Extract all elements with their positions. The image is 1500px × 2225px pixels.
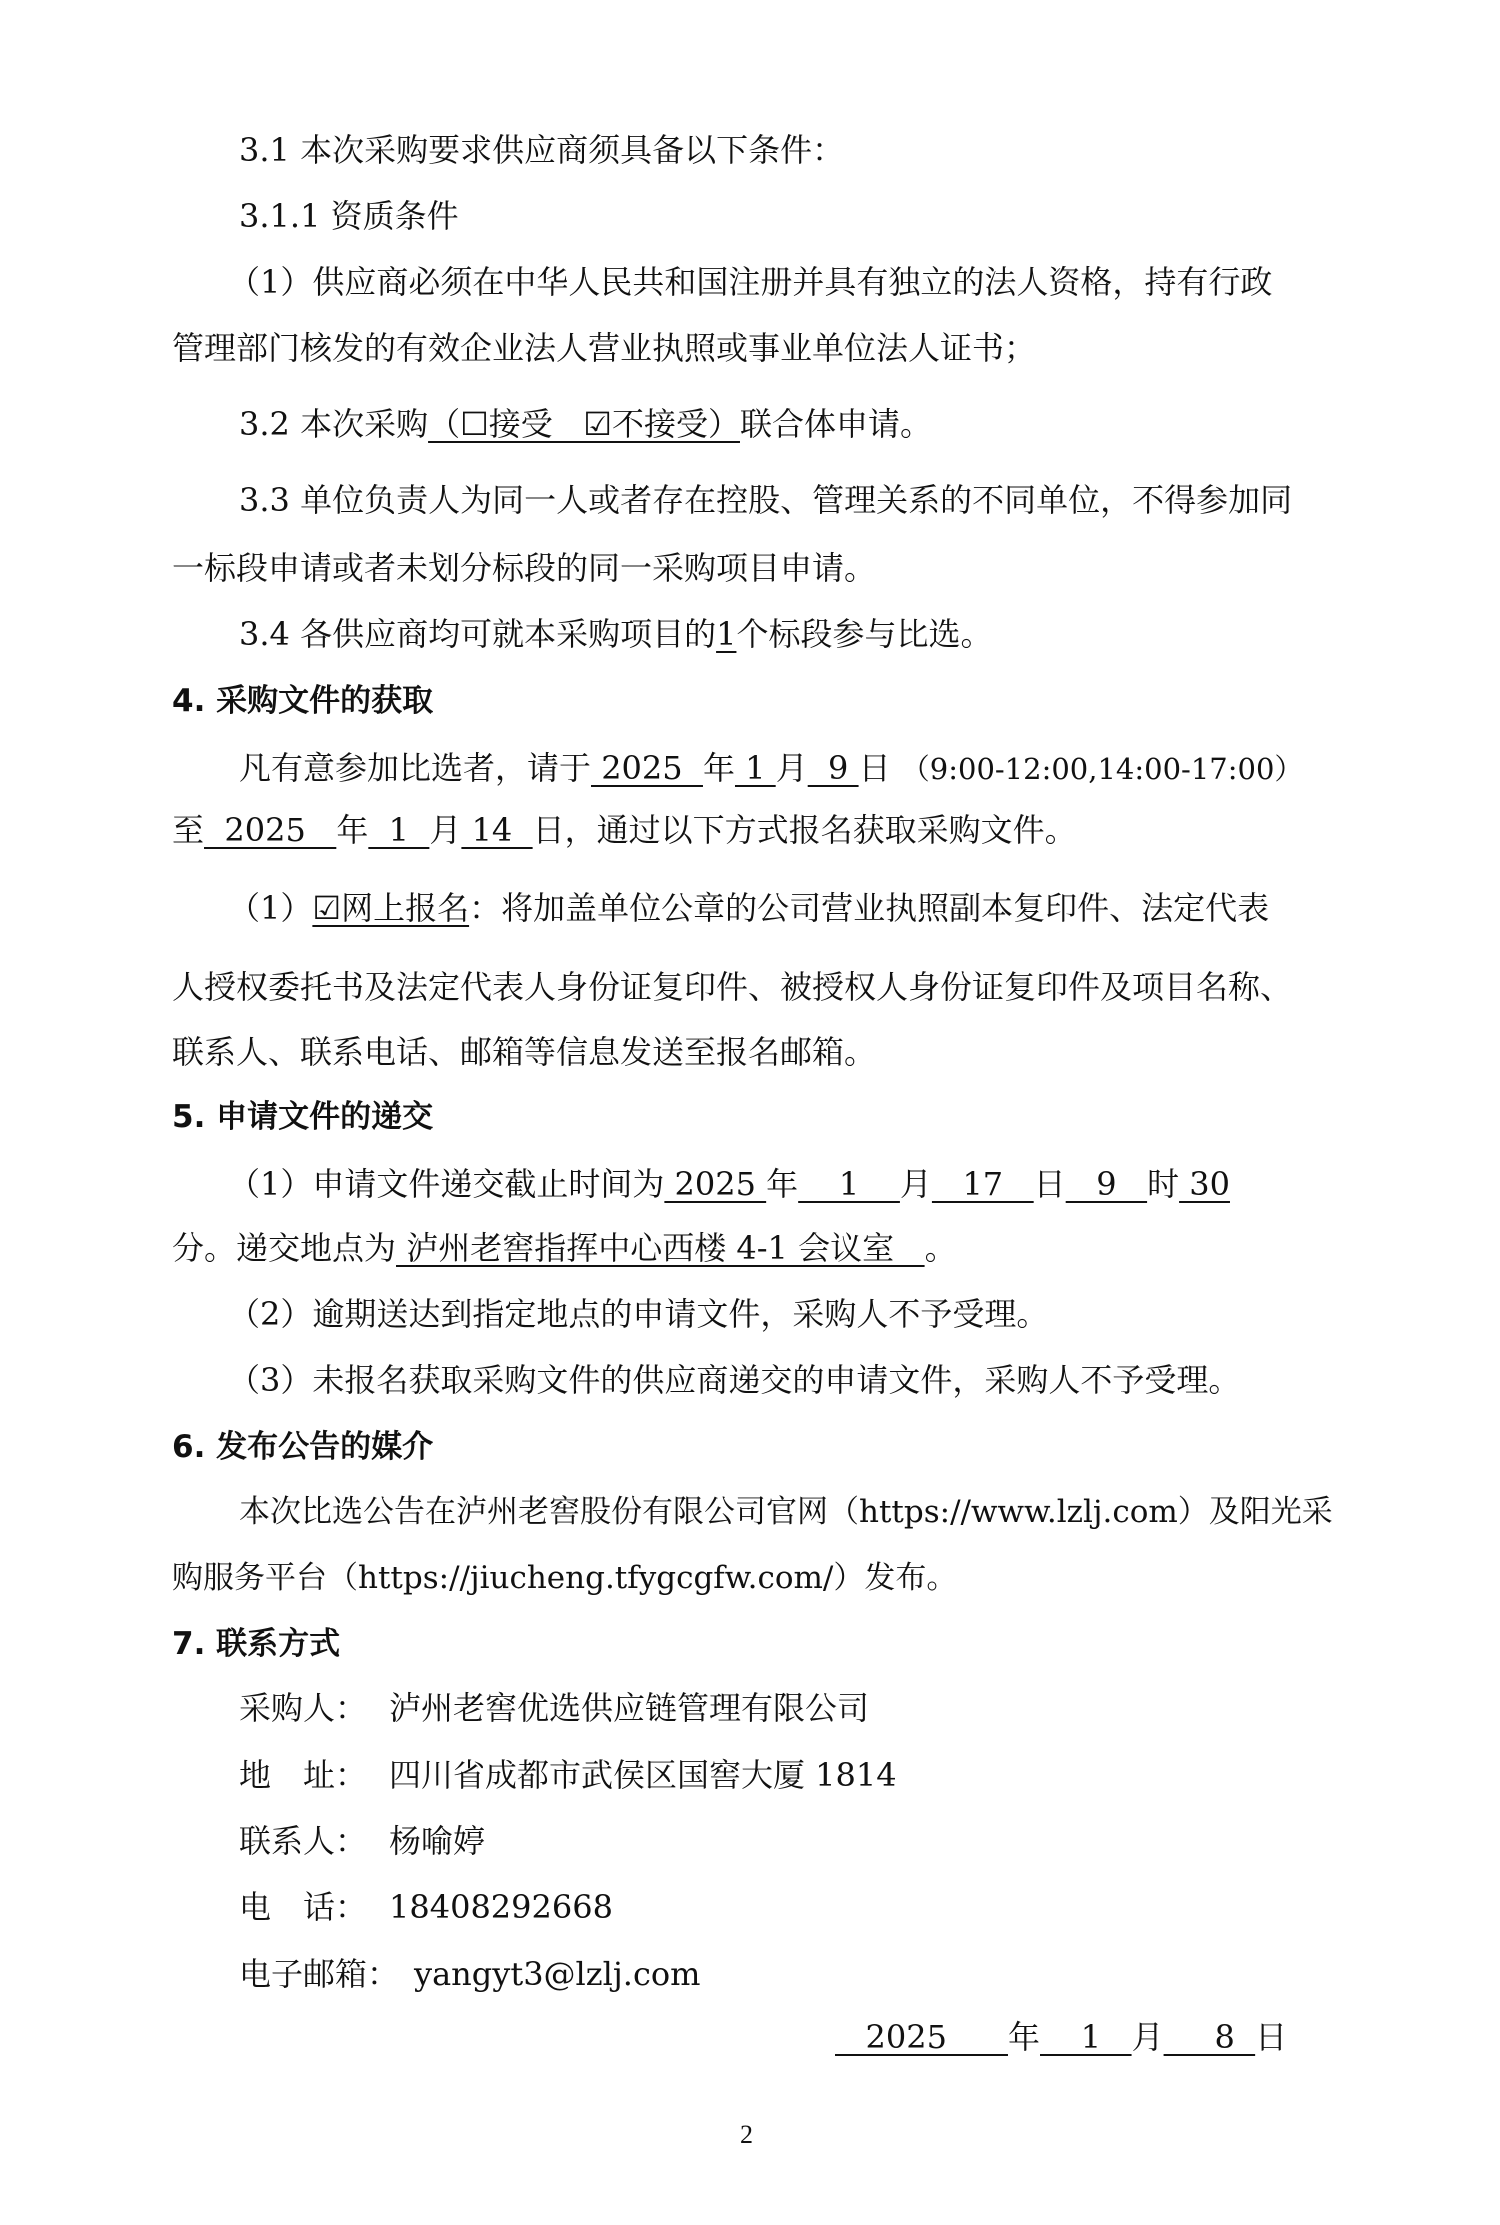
- deadline-month: 1: [798, 1165, 900, 1203]
- item-number: （1）: [228, 889, 312, 927]
- lot-count: 1: [716, 615, 736, 653]
- clause-3-2-suffix: 联合体申请。: [740, 405, 932, 443]
- clause-3-3-line1: 3.3 单位负责人为同一人或者存在控股、管理关系的不同单位，不得参加同: [239, 480, 1292, 520]
- signature-year: 2025: [835, 2018, 1008, 2056]
- contact-label: 电子邮箱：: [239, 1954, 414, 1994]
- acquisition-period-line1: 凡有意参加比选者，请于 2025 年 1 月 9 日 （9:00-12:00,1…: [239, 748, 1303, 789]
- day-unit: 日: [859, 749, 891, 787]
- deadline-day: 17: [932, 1165, 1034, 1203]
- period: 。: [925, 1229, 957, 1267]
- year-unit: 年: [1008, 2018, 1040, 2056]
- online-registration-checked: ☑网上报名: [312, 889, 469, 927]
- contact-value: 四川省成都市武侯区国窖大厦 1814: [389, 1756, 897, 1794]
- section-7-heading: 7. 联系方式: [172, 1624, 340, 1664]
- contact-email: 电子邮箱：yangyt3@lzlj.com: [239, 1954, 701, 1994]
- year-unit: 年: [336, 811, 368, 849]
- deadline-hour: 9: [1066, 1165, 1147, 1203]
- signature-month: 1: [1040, 2018, 1132, 2056]
- to-label: 至: [172, 811, 204, 849]
- contact-value: yangyt3@lzlj.com: [414, 1955, 701, 1993]
- start-day: 9: [808, 749, 859, 787]
- section-5-heading: 5. 申请文件的递交: [172, 1097, 433, 1137]
- year-unit: 年: [766, 1165, 798, 1203]
- contact-person: 联系人：杨喻婷: [239, 1821, 485, 1861]
- consortium-choice: （☐接受 ☑不接受）: [428, 405, 740, 443]
- contact-label: 地 址：: [239, 1755, 389, 1795]
- section-6-heading: 6. 发布公告的媒介: [172, 1427, 433, 1467]
- unregistered-submission-rule: （3）未报名获取采购文件的供应商递交的申请文件，采购人不予受理。: [228, 1360, 1240, 1400]
- contact-address: 地 址：四川省成都市武侯区国窖大厦 1814: [239, 1755, 897, 1795]
- media-line2: 购服务平台（https://jiucheng.tfygcgfw.com/）发布。: [172, 1558, 957, 1598]
- acquisition-prefix: 凡有意参加比选者，请于: [239, 749, 591, 787]
- clause-3-3-line2: 一标段申请或者未划分标段的同一采购项目申请。: [172, 548, 876, 588]
- clause-3-4: 3.4 各供应商均可就本采购项目的1个标段参与比选。: [239, 614, 992, 654]
- contact-label: 电 话：: [239, 1887, 389, 1927]
- end-day: 14: [461, 811, 532, 849]
- clause-3-2: 3.2 本次采购（☐接受 ☑不接受）联合体申请。: [239, 404, 932, 444]
- month-unit: 月: [429, 811, 461, 849]
- online-registration-text: ：将加盖单位公章的公司营业执照副本复印件、法定代表: [469, 889, 1269, 927]
- clause-3-2-prefix: 3.2 本次采购: [239, 405, 428, 443]
- end-month: 1: [368, 811, 429, 849]
- contact-value: 18408292668: [389, 1888, 613, 1926]
- day-unit: 日: [1034, 1165, 1066, 1203]
- contact-label: 采购人：: [239, 1688, 389, 1728]
- deadline-prefix: （1）申请文件递交截止时间为: [228, 1165, 664, 1203]
- contact-value: 杨喻婷: [389, 1822, 485, 1860]
- submission-deadline-line2: 分。递交地点为 泸州老窖指挥中心西楼 4-1 会议室 。: [172, 1228, 957, 1268]
- clause-3-1: 3.1 本次采购要求供应商须具备以下条件：: [239, 130, 844, 170]
- clause-3-4-suffix: 个标段参与比选。: [736, 615, 992, 653]
- clause-3-1-1-title: 3.1.1 资质条件: [239, 196, 459, 236]
- section-4-heading: 4. 采购文件的获取: [172, 681, 433, 721]
- year-unit: 年: [703, 749, 735, 787]
- signature-day: 8: [1164, 2018, 1256, 2056]
- submission-deadline-line1: （1）申请文件递交截止时间为 2025 年 1 月 17 日 9 时 30: [228, 1164, 1230, 1204]
- contact-value: 泸州老窖优选供应链管理有限公司: [389, 1689, 869, 1727]
- deadline-year: 2025: [664, 1165, 766, 1203]
- start-year: 2025: [591, 749, 703, 787]
- contact-purchaser: 采购人：泸州老窖优选供应链管理有限公司: [239, 1688, 869, 1728]
- contact-label: 联系人：: [239, 1821, 389, 1861]
- media-line1: 本次比选公告在泸州老窖股份有限公司官网（https://www.lzlj.com…: [239, 1492, 1333, 1532]
- hour-unit: 时: [1147, 1165, 1179, 1203]
- start-month: 1: [735, 749, 776, 787]
- month-unit: 月: [900, 1165, 932, 1203]
- location-prefix: 分。递交地点为: [172, 1229, 396, 1267]
- end-year: 2025: [204, 811, 336, 849]
- online-registration-line3: 联系人、联系电话、邮箱等信息发送至报名邮箱。: [172, 1032, 876, 1072]
- contact-phone: 电 话：18408292668: [239, 1887, 613, 1927]
- day-unit: 日: [1255, 2018, 1287, 2056]
- month-unit: 月: [1132, 2018, 1164, 2056]
- end-day-unit: 日，通过以下方式报名获取采购文件。: [533, 811, 1077, 849]
- online-registration-line1: （1）☑网上报名：将加盖单位公章的公司营业执照副本复印件、法定代表: [228, 888, 1269, 928]
- month-unit: 月: [776, 749, 808, 787]
- office-hours: （9:00-12:00,14:00-17:00）: [901, 752, 1304, 786]
- clause-3-4-prefix: 3.4 各供应商均可就本采购项目的: [239, 615, 716, 653]
- acquisition-period-line2: 至 2025 年 1 月 14 日，通过以下方式报名获取采购文件。: [172, 810, 1077, 850]
- late-submission-rule: （2）逾期送达到指定地点的申请文件，采购人不予受理。: [228, 1294, 1048, 1334]
- online-registration-line2: 人授权委托书及法定代表人身份证复印件、被授权人身份证复印件及项目名称、: [172, 967, 1292, 1007]
- page-number: 2: [740, 2120, 753, 2150]
- qualification-item-1-line1: （1）供应商必须在中华人民共和国注册并具有独立的法人资格，持有行政: [228, 262, 1272, 302]
- deadline-minute: 30: [1179, 1165, 1230, 1203]
- submission-location: 泸州老窖指挥中心西楼 4-1 会议室: [396, 1229, 925, 1267]
- qualification-item-1-line2: 管理部门核发的有效企业法人营业执照或事业单位法人证书；: [172, 328, 1036, 368]
- signature-date: 2025 年 1 月 8 日: [835, 2017, 1287, 2057]
